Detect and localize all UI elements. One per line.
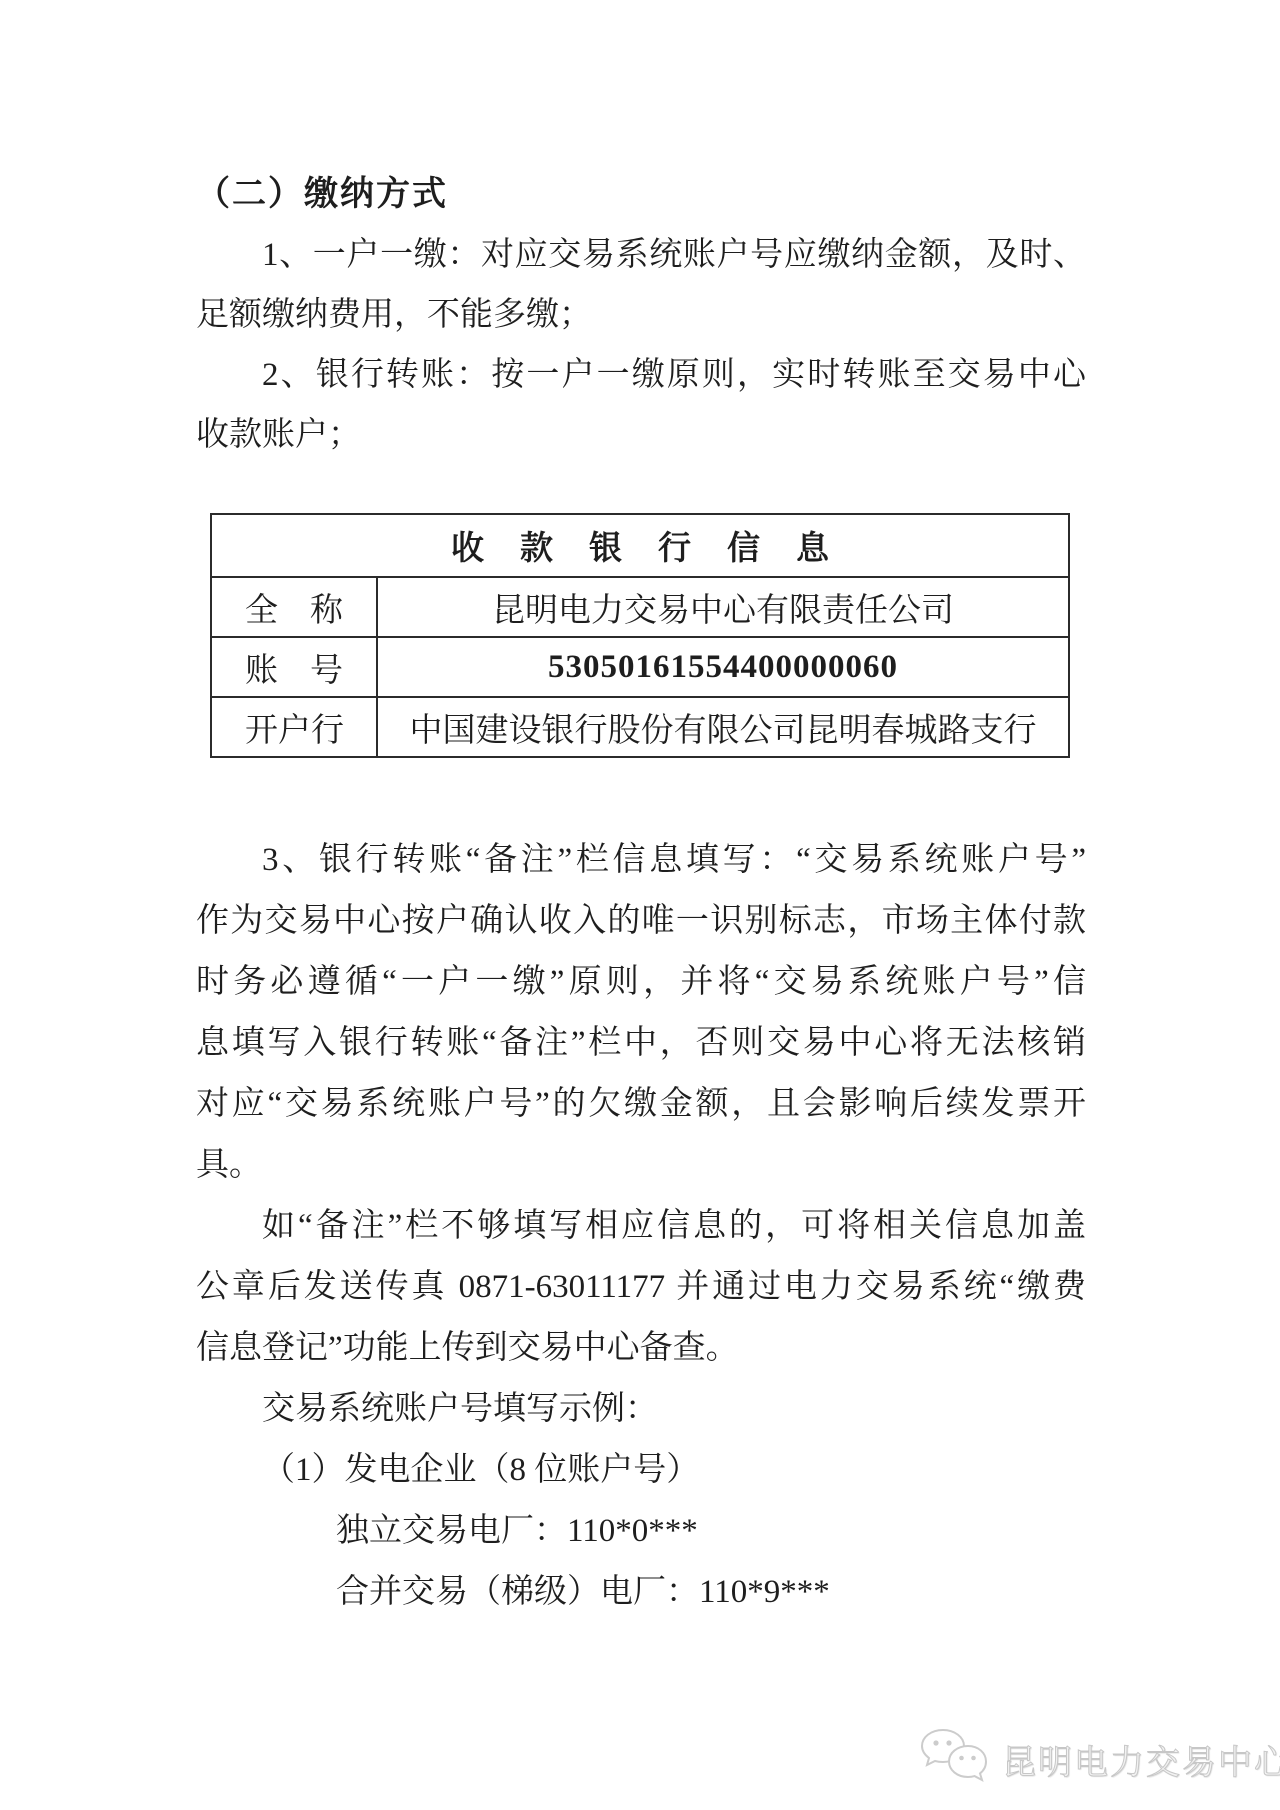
- paragraph-4-line-3: 信息登记”功能上传到交易中心备查。: [196, 1318, 1086, 1379]
- opening-bank-value: 中国建设银行股份有限公司昆明春城路支行: [378, 698, 1068, 756]
- account-number-value: 53050161554400000060: [378, 638, 1068, 696]
- account-number-label-cell: 账号: [212, 638, 378, 696]
- watermark-label: 昆明电力交易中心: [1002, 1735, 1280, 1784]
- section-heading: （二）缴纳方式: [196, 165, 1086, 225]
- document-page: （二）缴纳方式 1、一户一缴：对应交易系统账户号应缴纳金额，及时、 足额缴纳费用…: [0, 0, 1280, 1810]
- paragraph-3-line-4: 息填写入银行转账“备注”栏中，否则交易中心将无法核销: [196, 1013, 1086, 1074]
- table-row: 账号 53050161554400000060: [212, 636, 1068, 696]
- paragraph-3-line-3: 时务必遵循“一户一缴”原则，并将“交易系统账户号”信: [196, 952, 1086, 1013]
- paragraph-3-line-5: 对应“交易系统账户号”的欠缴金额，且会影响后续发票开: [196, 1074, 1086, 1135]
- bank-table-header-row: 收款银行信息: [212, 515, 1068, 576]
- paragraph-2-line-2: 收款账户；: [196, 405, 1086, 465]
- generator-enterprise-line: （1）发电企业（8 位账户号）: [196, 1440, 1086, 1501]
- paragraph-3-line-6: 具。: [196, 1135, 1086, 1196]
- independent-plant-line: 独立交易电厂：110*0***: [196, 1501, 1086, 1562]
- wechat-watermark: 昆明电力交易中心: [918, 1726, 1280, 1793]
- bank-name-value: 昆明电力交易中心有限责任公司: [378, 578, 1068, 636]
- bank-info-table: 收款银行信息 全称 昆明电力交易中心有限责任公司 账号 530501615544…: [210, 513, 1070, 758]
- paragraph-2-line-1: 2、银行转账：按一户一缴原则，实时转账至交易中心: [196, 345, 1086, 405]
- wechat-icon: [918, 1726, 990, 1793]
- merged-plant-line: 合并交易（梯级）电厂：110*9***: [196, 1562, 1086, 1623]
- paragraph-1-line-1: 1、一户一缴：对应交易系统账户号应缴纳金额，及时、: [196, 225, 1086, 285]
- bank-name-label-cell: 全称: [212, 578, 378, 636]
- paragraph-4-line-1: 如“备注”栏不够填写相应信息的，可将相关信息加盖: [196, 1196, 1086, 1257]
- bank-table-title: 收款银行信息: [212, 515, 1068, 576]
- paragraph-3-line-2: 作为交易中心按户确认收入的唯一识别标志，市场主体付款: [196, 891, 1086, 952]
- example-intro-line: 交易系统账户号填写示例：: [196, 1379, 1086, 1440]
- opening-bank-label-cell: 开户行: [212, 698, 378, 756]
- paragraph-4-line-2: 公章后发送传真 0871-63011177 并通过电力交易系统“缴费: [196, 1257, 1086, 1318]
- paragraph-1-line-2: 足额缴纳费用，不能多缴；: [196, 285, 1086, 345]
- paragraph-3-line-1: 3、银行转账“备注”栏信息填写：“交易系统账户号”: [196, 830, 1086, 891]
- table-row: 全称 昆明电力交易中心有限责任公司: [212, 576, 1068, 636]
- section-remark-instructions: 3、银行转账“备注”栏信息填写：“交易系统账户号” 作为交易中心按户确认收入的唯…: [196, 830, 1086, 1623]
- section-payment-methods: （二）缴纳方式 1、一户一缴：对应交易系统账户号应缴纳金额，及时、 足额缴纳费用…: [196, 165, 1086, 465]
- table-row: 开户行 中国建设银行股份有限公司昆明春城路支行: [212, 696, 1068, 756]
